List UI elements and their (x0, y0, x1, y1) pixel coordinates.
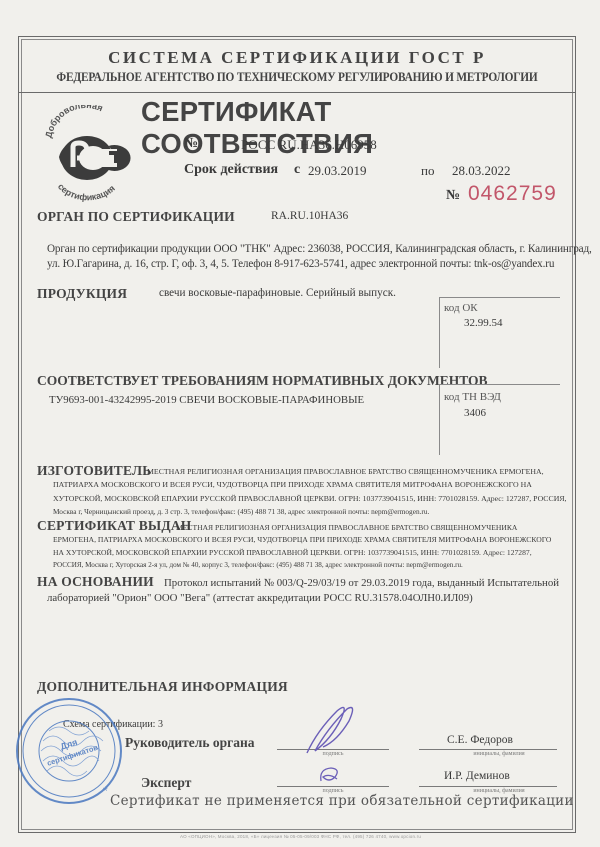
additional-info-heading: ДОПОЛНИТЕЛЬНАЯ ИНФОРМАЦИЯ (37, 679, 288, 695)
certification-body-contact-line: ул. Ю.Гагарина, д. 16, стр. Г, оф. 3, 4,… (47, 257, 572, 272)
agency-name: ФЕДЕРАЛЬНОЕ АГЕНТСТВО ПО ТЕХНИЧЕСКОМУ РЕ… (38, 70, 555, 85)
ok-code-box: код ОК 32.99.54 (439, 297, 560, 368)
issued-to-details: ЕРМОГЕНА, ПАТРИАРХА МОСКОВСКОГО И ВСЕЯ Р… (53, 533, 551, 572)
certificate-number-label: № (184, 136, 198, 152)
valid-from-label: с (294, 162, 300, 178)
valid-from-date: 29.03.2019 (308, 163, 367, 179)
voluntary-disclaimer: Сертификат не применяется при обязательн… (110, 793, 574, 809)
issued-to-heading: СЕРТИФИКАТ ВЫДАН (37, 518, 192, 534)
expert-signature-icon (315, 765, 345, 785)
expert-name: И.Р. Деминов (444, 770, 510, 782)
form-number-label: № (446, 188, 460, 204)
head-signature-icon (297, 701, 367, 757)
head-name-line (419, 749, 557, 750)
expert-name-line (419, 786, 557, 787)
validity-label: Срок действия (184, 162, 278, 178)
product-heading: ПРОДУКЦИЯ (37, 286, 127, 302)
manufacturer-line-3: ХУТОРСКОЙ, МОСКОВСКОЙ ЕПАРХИИ РУССКОЙ ПР… (53, 492, 566, 506)
basis-line-2: лабораторией "Орион" ООО "Вега" (аттеста… (47, 591, 473, 606)
valid-to-date: 28.03.2022 (452, 163, 511, 179)
issued-to-line-4: РОССИЯ, Москва г, Хуторская 2-я ул, дом … (53, 559, 551, 572)
svg-text:Добровольная: Добровольная (43, 105, 104, 139)
basis-line-1: Протокол испытаний № 003/Q-29/03/19 от 2… (164, 576, 559, 591)
manufacturer-line-1: МЕСТНАЯ РЕЛИГИОЗНАЯ ОРГАНИЗАЦИЯ ПРАВОСЛА… (147, 465, 544, 478)
certificate-number: РОСС RU.НА36.Н06958 (241, 137, 377, 153)
certificate-page: СИСТЕМА СЕРТИФИКАЦИИ ГОСТ Р ФЕДЕРАЛЬНОЕ … (18, 36, 576, 833)
svg-text:сертификация: сертификация (56, 181, 117, 202)
manufacturer-heading: ИЗГОТОВИТЕЛЬ (37, 463, 151, 479)
gost-r-logo-icon: Добровольная сертификация (29, 105, 139, 205)
manufacturer-details: ПАТРИАРХА МОСКОВСКОГО И ВСЕЯ РУСИ, ЧУДОТ… (53, 478, 566, 519)
form-number: 0462759 (468, 182, 557, 206)
manufacturer-line-2: ПАТРИАРХА МОСКОВСКОГО И ВСЕЯ РУСИ, ЧУДОТ… (53, 478, 566, 492)
manufacturer-line-4: Москва г, Черницынский проезд, д. 3 стр.… (53, 505, 566, 519)
certification-body-details: Орган по сертификации продукции ООО "ТНК… (47, 242, 572, 272)
issued-to-line-3: НА ХУТОРСКОЙ, МОСКОВСКОЙ ЕПАРХИИ РУССКОЙ… (53, 546, 551, 559)
basis-heading: НА ОСНОВАНИИ (37, 574, 154, 590)
tn-ved-code-label: код ТН ВЭД (444, 391, 501, 403)
head-name: С.Е. Федоров (447, 734, 513, 746)
official-seal-icon: Для сертификатов * (13, 695, 125, 807)
head-role-label: Руководитель органа (125, 735, 255, 751)
tn-ved-code-value: 3406 (464, 407, 486, 419)
head-name-caption: инициалы, фамилия (419, 751, 579, 757)
ok-code-value: 32.99.54 (464, 317, 503, 329)
certification-body-heading: ОРГАН ПО СЕРТИФИКАЦИИ (37, 209, 235, 225)
normative-document: ТУ9693-001-43242995-2019 СВЕЧИ ВОСКОВЫЕ-… (49, 393, 364, 408)
tn-ved-code-box: код ТН ВЭД 3406 (439, 384, 560, 455)
product-description: свечи восковые-парафиновые. Серийный вып… (159, 286, 396, 301)
header-divider (19, 92, 575, 93)
system-title: СИСТЕМА СЕРТИФИКАЦИИ ГОСТ Р (19, 48, 575, 68)
conformity-heading: СООТВЕТСТВУЕТ ТРЕБОВАНИЯМ НОРМАТИВНЫХ ДО… (37, 373, 488, 389)
issued-to-line-2: ЕРМОГЕНА, ПАТРИАРХА МОСКОВСКОГО И ВСЕЯ Р… (53, 533, 551, 546)
ok-code-label: код ОК (444, 302, 478, 314)
printer-footer: АО «ОПЦИОН», Москва, 2018, «Б» лицензия … (180, 834, 421, 839)
svg-text:*: * (103, 784, 108, 798)
certification-body-code: RA.RU.10НА36 (271, 210, 348, 222)
expert-signature-line (277, 786, 389, 787)
valid-to-label: по (421, 163, 434, 179)
certification-body-address-line: Орган по сертификации продукции ООО "ТНК… (47, 242, 572, 257)
expert-role-label: Эксперт (141, 775, 191, 791)
